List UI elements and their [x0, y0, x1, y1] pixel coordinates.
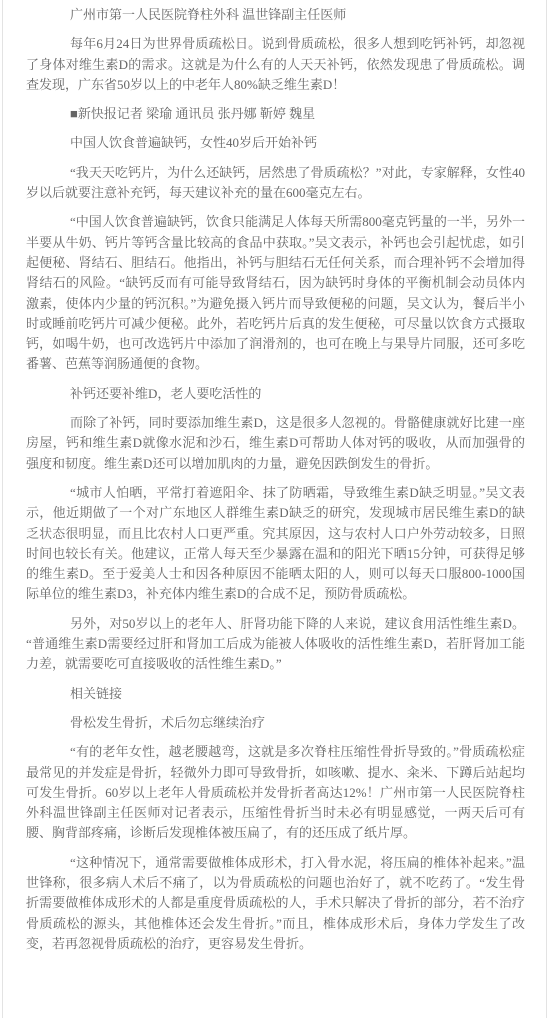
- author-line: 广州市第一人民医院脊柱外科 温世锋副主任医师: [26, 5, 525, 25]
- paragraph: “我天天吃钙片，为什么还缺钙，居然患了骨质疏松？”对此，专家解释，女性40岁以后…: [26, 163, 525, 204]
- paragraph: 另外，对50岁以上的老年人、肝肾功能下降的人来说，建议食用活性维生素D。“普通维…: [26, 614, 525, 675]
- section-heading-calcium: 中国人饮食普遍缺钙，女性40岁后开始补钙: [26, 133, 525, 153]
- paragraph: “这种情况下，通常需要做椎体成形术，打入骨水泥，将压扁的椎体补起来。”温世锋称，…: [26, 853, 525, 954]
- paragraph: “中国人饮食普遍缺钙，饮食只能满足人体每天所需800毫克钙量的一半，另外一半要从…: [26, 212, 525, 374]
- section-heading-vitamin-d: 补钙还要补维D，老人要吃活性的: [26, 384, 525, 404]
- section-heading-related-links: 相关链接: [26, 684, 525, 704]
- paragraph-intro: 每年6月24日为世界骨质疏松日。说到骨质疏松，很多人想到吃钙补钙，却忽视了身体对…: [26, 34, 525, 95]
- article-page: 广州市第一人民医院脊柱外科 温世锋副主任医师 每年6月24日为世界骨质疏松日。说…: [2, 0, 547, 1018]
- paragraph: “城市人怕晒，平常打着遮阳伞、抹了防晒霜，导致维生素D缺乏明显。”吴文表示，他近…: [26, 483, 525, 605]
- paragraph: “有的老年女性，越老腰越弯，这就是多次脊柱压缩性骨折导致的。”骨质疏松症最常见的…: [26, 742, 525, 843]
- paragraph: 而除了补钙，同时要添加维生素D，这是很多人忽视的。骨骼健康就好比建一座房屋，钙和…: [26, 413, 525, 474]
- byline: ■新快报记者 梁瑜 通讯员 张丹娜 靳婷 魏星: [26, 104, 525, 124]
- section-heading-fracture: 骨松发生骨折，术后勿忘继续治疗: [26, 713, 525, 733]
